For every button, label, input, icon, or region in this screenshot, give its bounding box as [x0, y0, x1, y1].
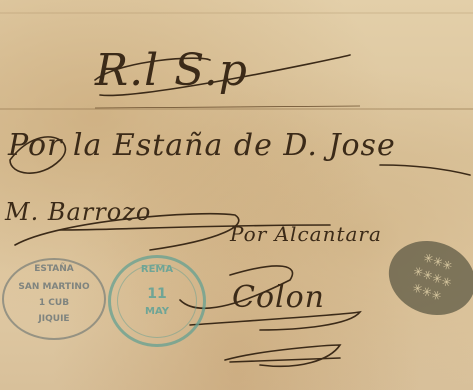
letter-cover: R.l S.p Por la Estaña de D. Jose M. Barr…	[0, 0, 473, 390]
address-line: M. Barrozo	[5, 198, 151, 226]
circular-postmark: REMA 11 MAY	[108, 255, 206, 347]
ship-stamp: ESTAÑA SAN MARTINO 1 CUB JIQUIE	[2, 258, 106, 340]
address-line: Por la Estaña de D. Jose	[8, 128, 396, 163]
heading-handwriting: R.l S.p	[95, 45, 248, 96]
address-line: Colon	[232, 280, 325, 315]
address-line: Por Alcantara	[230, 222, 382, 246]
